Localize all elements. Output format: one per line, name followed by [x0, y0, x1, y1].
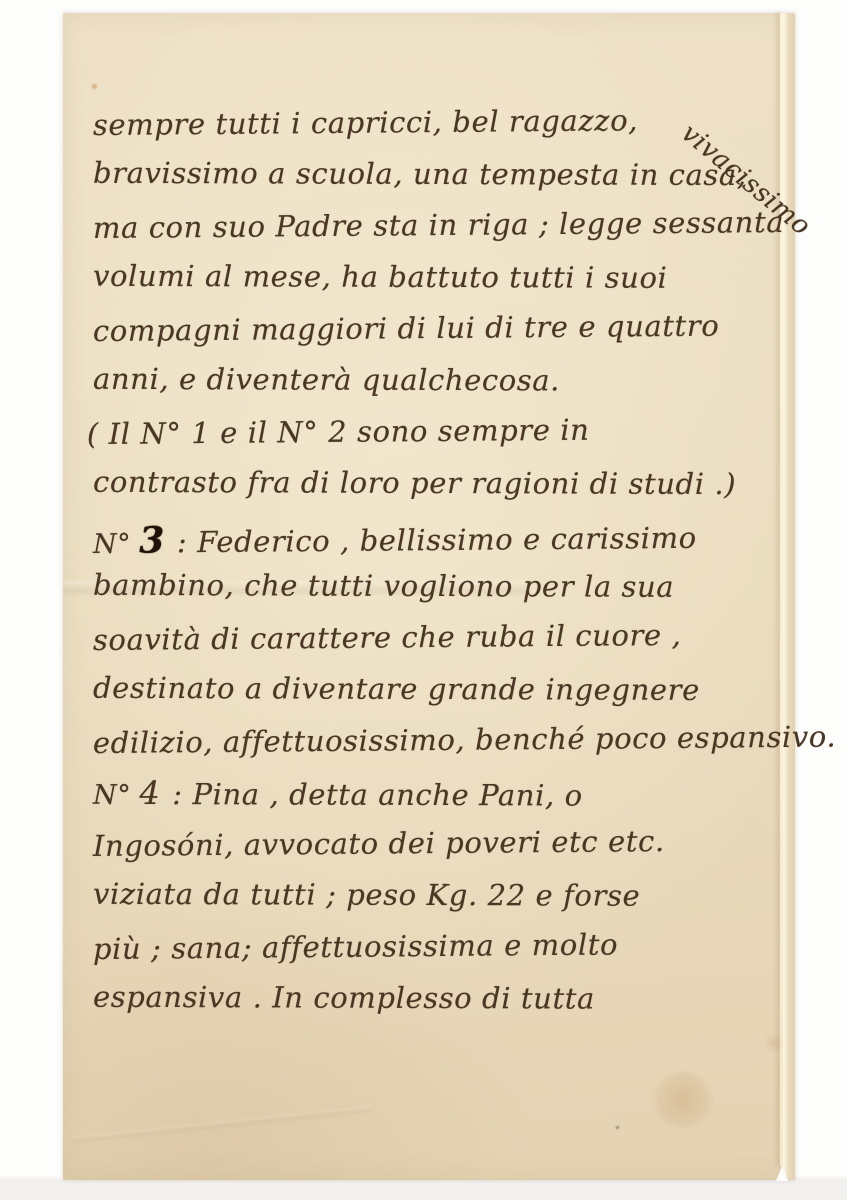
- line-text: sempre tutti i capricci, bel ragazzo,: [93, 103, 638, 142]
- handwritten-line-16: viziata da tutti ; peso Kg. 22 e forse: [93, 876, 783, 930]
- handwritten-line-3: ma con suo Padre sta in riga ; legge ses…: [93, 205, 783, 263]
- handwritten-line-5: compagni maggiori di lui di tre e quattr…: [93, 308, 783, 366]
- diagonal-crease: [73, 1105, 372, 1144]
- line-text: : Federico , bellissimo e carissimo: [177, 521, 697, 560]
- fold-notch: [776, 1166, 788, 1181]
- letter-page: sempre tutti i capricci, bel ragazzo,viv…: [63, 13, 795, 1180]
- handwritten-line-13: edilizio, affettuosissimo, benché poco e…: [93, 720, 783, 778]
- paper-speck: [615, 1125, 620, 1130]
- handwritten-line-15: Ingosóni, avvocato dei poveri etc etc.: [93, 823, 783, 881]
- number-3: 3: [131, 519, 177, 561]
- ink-stain: [651, 1071, 715, 1129]
- fox-spot: [91, 83, 98, 90]
- handwritten-line-17: più ; sana; affettuosissima e molto: [93, 926, 783, 984]
- handwritten-line-9: N°3: Federico , bellissimo e carissimo: [93, 514, 783, 572]
- handwritten-line-10: bambino, che tutti vogliono per la sua: [93, 567, 783, 621]
- line-text: : Pina , detta anche Pani, o: [172, 777, 582, 812]
- handwritten-line-11: soavità di carattere che ruba il cuore ,: [93, 617, 783, 675]
- number-label: N°: [93, 529, 132, 560]
- handwritten-line-6: anni, e diventerà qualchecosa.: [93, 361, 783, 415]
- handwritten-line-18: espansiva . In complesso di tutta: [93, 979, 783, 1033]
- handwritten-line-7: ( Il N° 1 e il N° 2 sono sempre in: [87, 411, 783, 469]
- ink-stain-small: [763, 1033, 785, 1053]
- handwritten-line-1: sempre tutti i capricci, bel ragazzo,viv…: [93, 102, 783, 160]
- handwritten-line-2: bravissimo a scuola, una tempesta in cas…: [93, 155, 783, 209]
- handwritten-line-12: destinato a diventare grande ingegnere: [93, 670, 783, 724]
- handwritten-text: sempre tutti i capricci, bel ragazzo,viv…: [93, 105, 783, 1032]
- handwritten-line-4: volumi al mese, ha battuto tutti i suoi: [93, 258, 783, 312]
- number-label: N°: [93, 779, 131, 810]
- number-4: 4: [131, 773, 172, 811]
- handwritten-line-8: contrasto fra di loro per ragioni di stu…: [93, 464, 783, 518]
- handwritten-line-14: N°4: Pina , detta anche Pani, o: [93, 773, 783, 827]
